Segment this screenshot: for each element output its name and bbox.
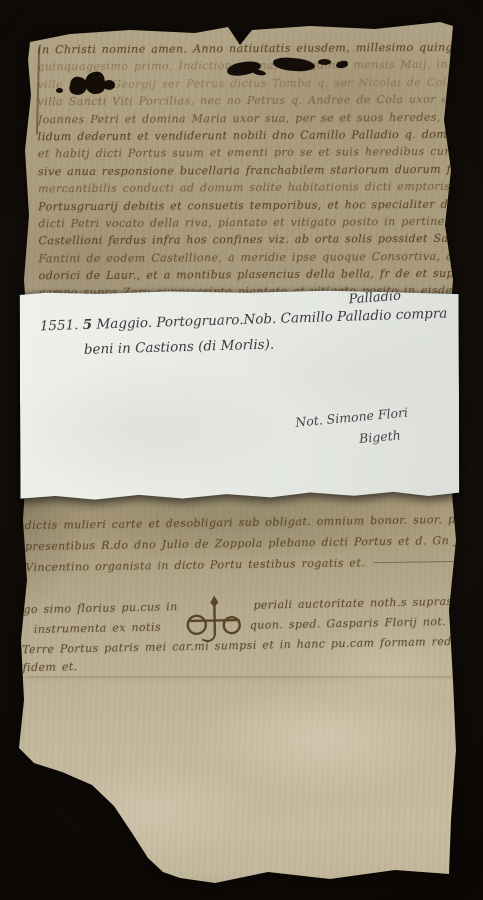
manuscript-line: mercantibilis conducti ad domum solite h…: [38, 178, 462, 198]
notary-signature: Not. Simone Flori Bigeth: [295, 405, 411, 452]
manuscript-line: et habitj dicti Portus suum et ementi pr…: [38, 143, 462, 163]
slip-date-place: Maggio. Portogruaro.: [96, 312, 244, 333]
notary-line2-right: quon. sped. Gasparis Florij not. patris: [250, 614, 483, 632]
notary-line1-right: periali auctoritate noth.s suprascripta: [253, 594, 483, 612]
notary-subscription-block: go simo florius pu.cus inperiali auctori…: [21, 593, 460, 683]
archivist-note-slip: Palladio 1551. 5 Maggio. Portogruaro. No…: [20, 289, 460, 504]
slip-shadow-wrap: Palladio 1551. 5 Maggio. Portogruaro. No…: [20, 290, 459, 503]
slip-buyer-text: Nob. Camillo Palladio compra: [243, 306, 447, 328]
notary-line1-left: go simo florius pu.cus in: [21, 598, 173, 618]
archival-photo: In Christi nomine amen. Anno natiuitatis…: [0, 0, 483, 900]
manuscript-line: Joannes Petri et domina Maria uxor sua, …: [38, 108, 462, 128]
ink-blot: [318, 59, 331, 65]
manuscript-text-block-witnesses: dictis mulieri carte et desobligari sub …: [25, 509, 462, 578]
slip-name-annotation: Palladio: [348, 289, 401, 308]
slip-date-year: 1551.: [40, 317, 79, 334]
slip-subject-line: beni in Castions (di Morlis).: [84, 337, 275, 358]
fold-line: [26, 676, 453, 678]
slip-signature-line1: Not. Simone Flori: [295, 405, 409, 430]
ink-blot: [103, 80, 115, 90]
slip-date: 1551. 5 Maggio. Portogruaro.: [40, 312, 244, 334]
slip-date-line: 1551. 5 Maggio. Portogruaro. Nob. Camill…: [40, 306, 446, 335]
slip-date-day: 5: [83, 317, 93, 333]
manuscript-line: dicti Petri vocato della riva, piantato …: [38, 213, 462, 233]
slip-signature-line2: Bigeth: [358, 426, 410, 446]
ink-blot: [56, 88, 63, 93]
notary-line2-left: instrumenta ex notis: [22, 618, 166, 638]
manuscript-line: Fantini de eodem Castellione, a meridie …: [38, 247, 462, 267]
